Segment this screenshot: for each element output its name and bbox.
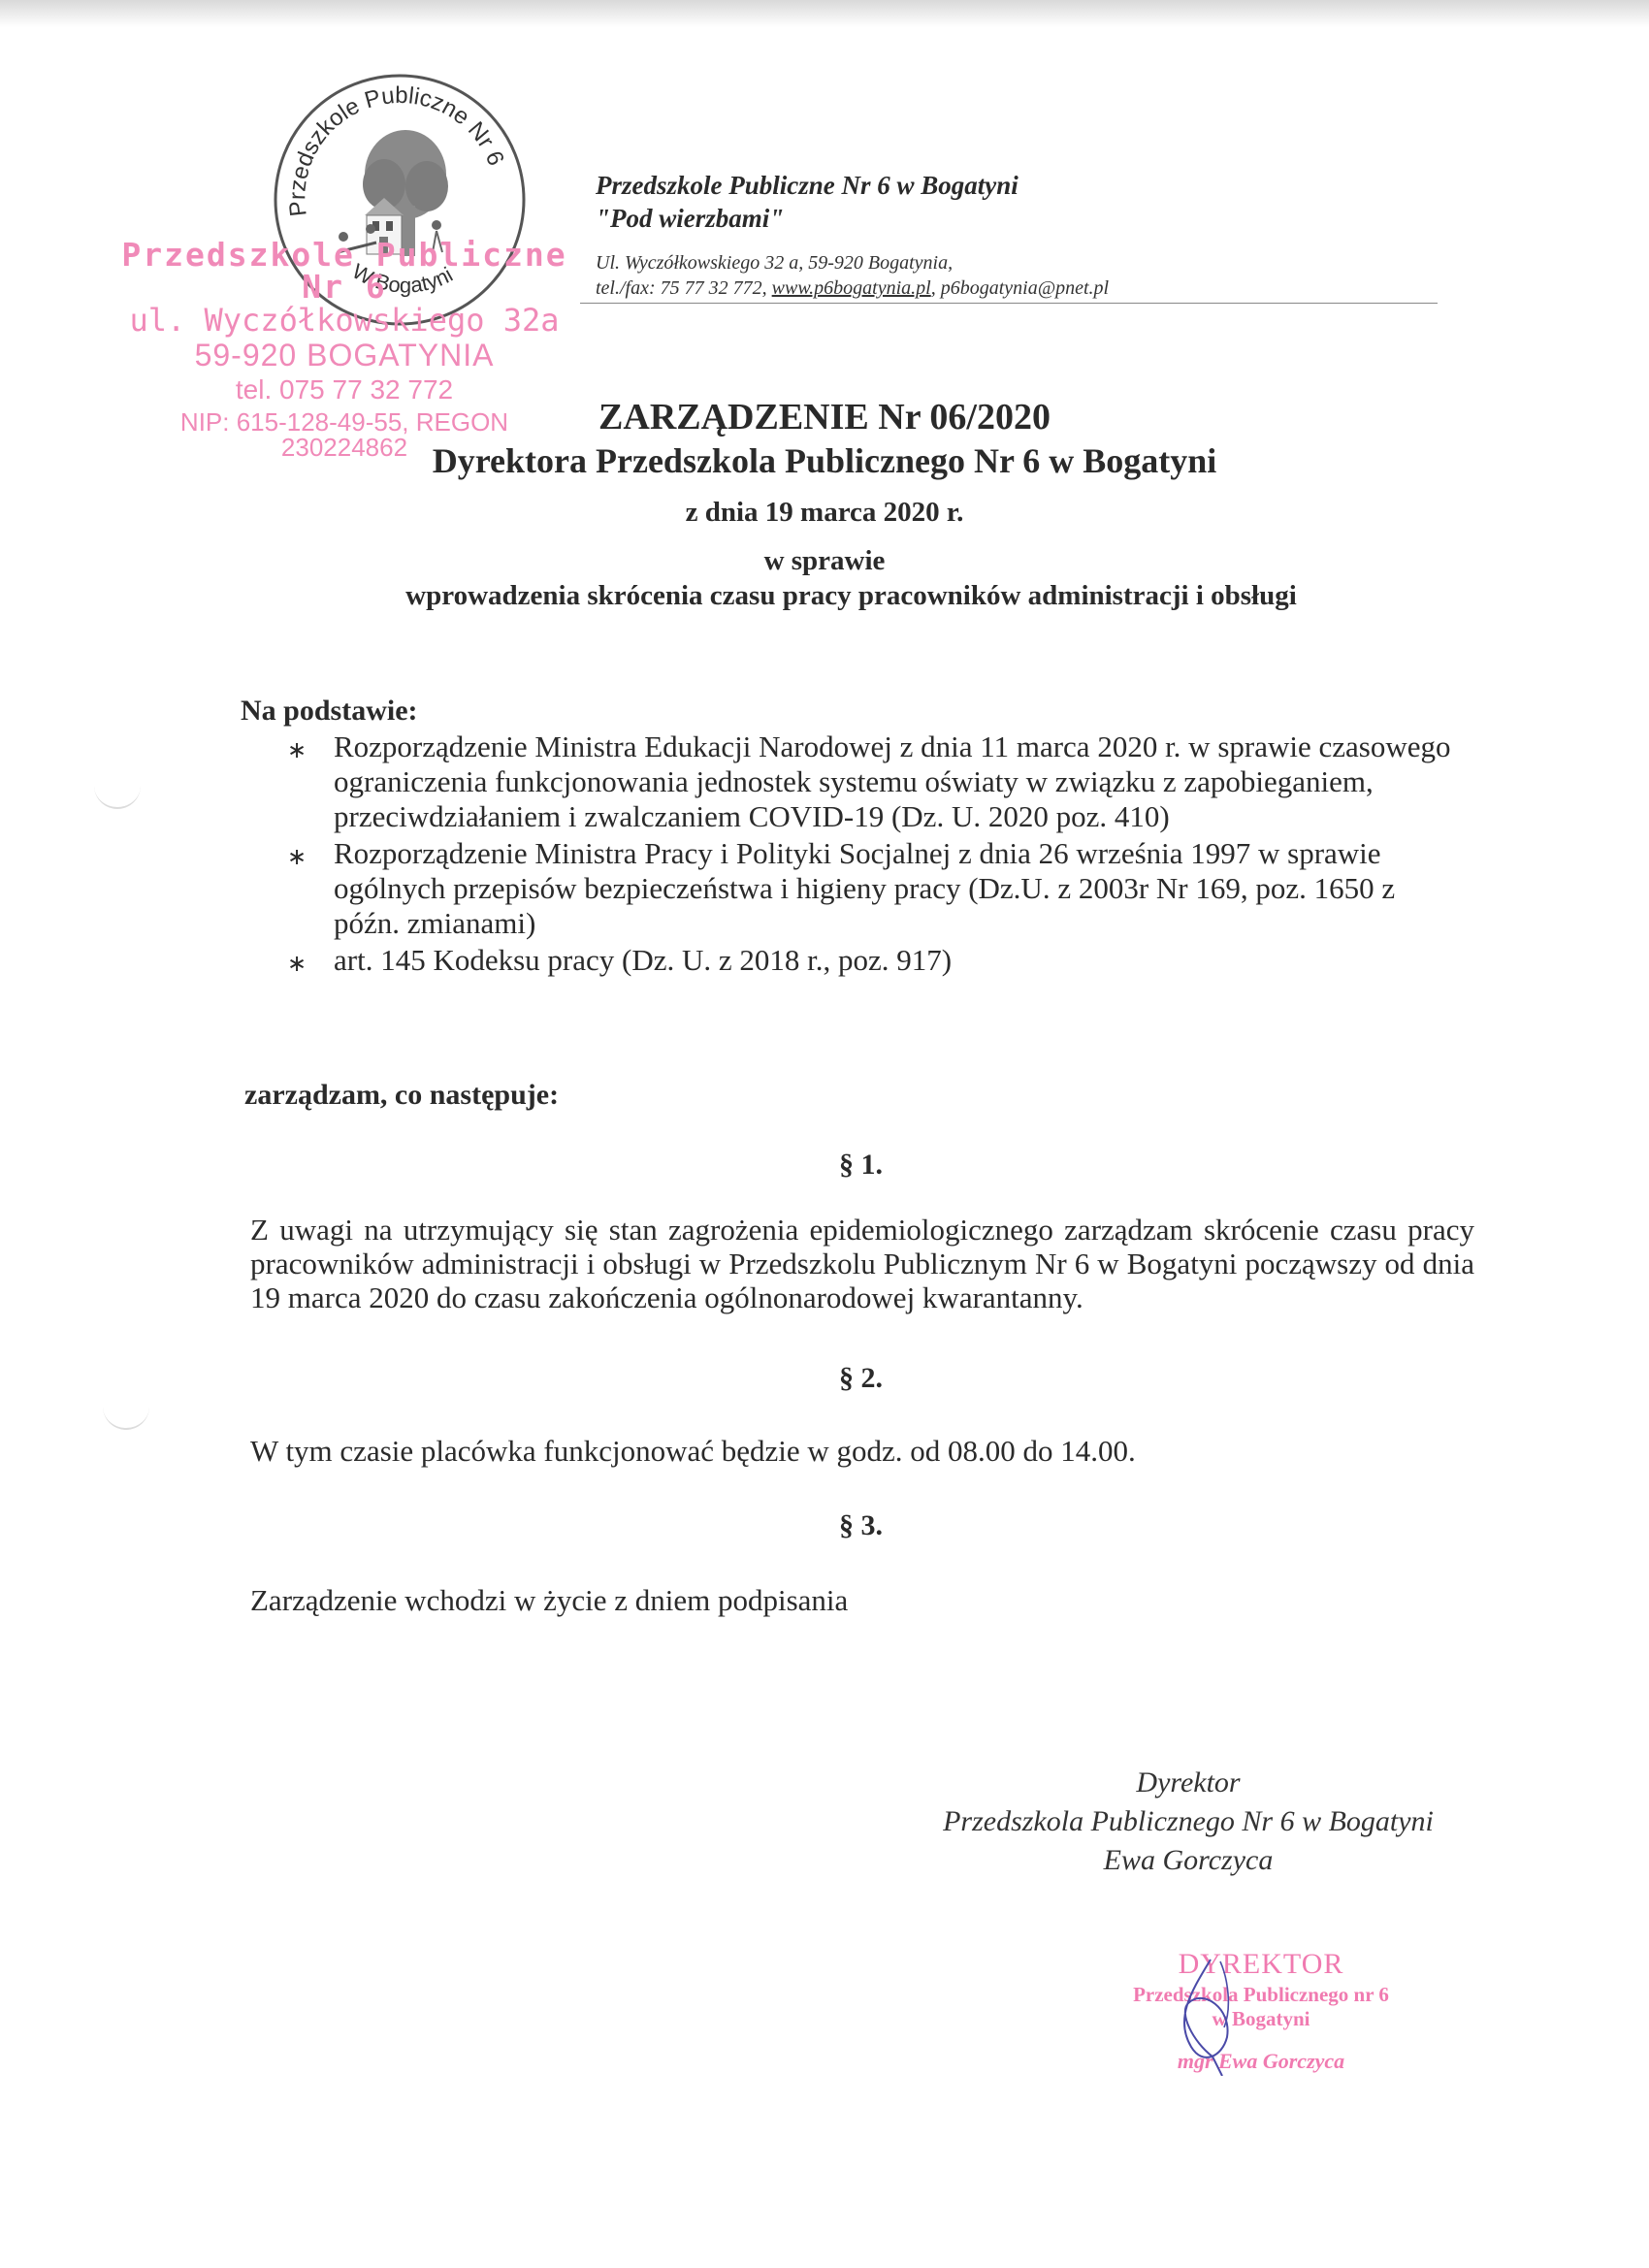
phone-text: tel./fax: 75 77 32 772, xyxy=(596,277,772,299)
institution-name: Przedszkole Publiczne Nr 6 w Bogatyni xyxy=(596,169,1018,202)
signatory-role: Dyrektor xyxy=(902,1764,1474,1802)
punch-hole-mark xyxy=(94,784,141,809)
email-text: , p6bogatynia@pnet.pl xyxy=(931,277,1109,299)
institution-nickname: "Pod wierzbami" xyxy=(596,202,1018,235)
scan-edge-shadow xyxy=(0,0,1649,27)
punch-hole-mark xyxy=(103,1405,149,1430)
basis-list: ∗Rozporządzenie Ministra Edukacji Narodo… xyxy=(287,729,1451,980)
list-item: ∗Rozporządzenie Ministra Pracy i Polityk… xyxy=(287,836,1451,941)
decree-heading: zarządzam, co następuje: xyxy=(244,1079,559,1112)
asterisk-bullet-icon: ∗ xyxy=(287,947,307,982)
basis-item-text: Rozporządzenie Ministra Edukacji Narodow… xyxy=(334,729,1450,833)
document-title: ZARZĄDZENIE Nr 06/2020 xyxy=(0,396,1649,438)
letterhead-divider xyxy=(580,303,1438,304)
document-date: z dnia 19 marca 2020 r. xyxy=(0,497,1649,529)
asterisk-bullet-icon: ∗ xyxy=(287,840,307,875)
basis-heading: Na podstawie: xyxy=(241,695,418,728)
signatory-institution: Przedszkola Publicznego Nr 6 w Bogatyni xyxy=(902,1802,1474,1841)
asterisk-bullet-icon: ∗ xyxy=(287,733,307,768)
signature-block: Dyrektor Przedszkola Publicznego Nr 6 w … xyxy=(902,1764,1474,1880)
document-subject: wprowadzenia skrócenia czasu pracy praco… xyxy=(0,580,1649,612)
section-3-label: § 3. xyxy=(0,1509,1649,1542)
stamp-line: Przedszkole Publiczne Nr 6 xyxy=(116,239,572,303)
letterhead-name: Przedszkole Publiczne Nr 6 w Bogatyni "P… xyxy=(596,169,1018,235)
section-2-text: W tym czasie placówka funkcjonować będzi… xyxy=(250,1434,1474,1468)
section-1-label: § 1. xyxy=(0,1149,1649,1182)
address-line: Ul. Wyczółkowskiego 32 a, 59-920 Bogatyn… xyxy=(596,250,1109,275)
stamp-line: ul. Wyczółkowskiego 32a xyxy=(116,305,572,336)
list-item: ∗art. 145 Kodeksu pracy (Dz. U. z 2018 r… xyxy=(287,943,1451,978)
subject-intro: w sprawie xyxy=(0,545,1649,577)
list-item: ∗Rozporządzenie Ministra Edukacji Narodo… xyxy=(287,729,1451,834)
handwritten-signature xyxy=(1135,1950,1271,2076)
stamp-line: 59-920 BOGATYNIA xyxy=(116,340,572,371)
section-3-text: Zarządzenie wchodzi w życie z dniem podp… xyxy=(250,1583,1474,1617)
website-link[interactable]: www.p6bogatynia.pl xyxy=(772,277,931,299)
document-issuer: Dyrektora Przedszkola Publicznego Nr 6 w… xyxy=(0,440,1649,481)
section-2-label: § 2. xyxy=(0,1362,1649,1395)
basis-item-text: Rozporządzenie Ministra Pracy i Polityki… xyxy=(334,836,1395,940)
contact-line: tel./fax: 75 77 32 772, www.p6bogatynia.… xyxy=(596,275,1109,301)
basis-item-text: art. 145 Kodeksu pracy (Dz. U. z 2018 r.… xyxy=(334,943,952,977)
signatory-name: Ewa Gorczyca xyxy=(902,1841,1474,1880)
letterhead-contact: Ul. Wyczółkowskiego 32 a, 59-920 Bogatyn… xyxy=(596,250,1109,301)
section-1-text: Z uwagi na utrzymujący się stan zagrożen… xyxy=(250,1213,1474,1314)
